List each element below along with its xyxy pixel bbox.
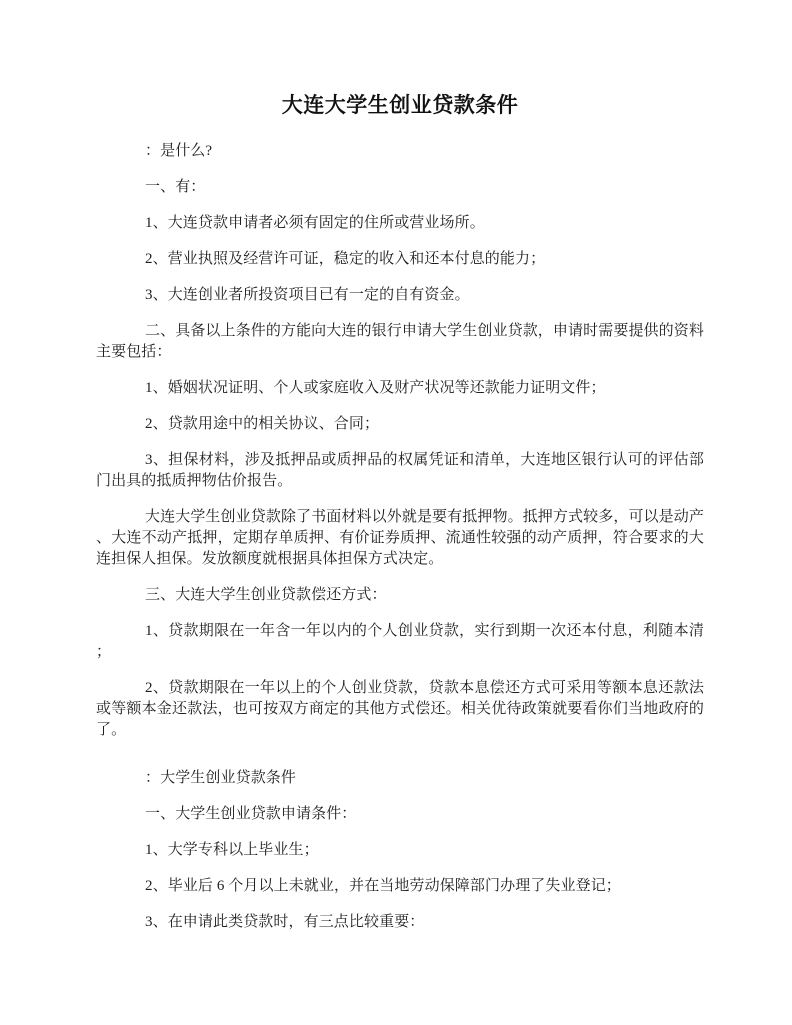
paragraph: 2、贷款用途中的相关协议、合同； — [96, 414, 704, 435]
paragraph: ：大学生创业贷款条件 — [96, 768, 704, 789]
paragraph: 1、婚姻状况证明、个人或家庭收入及财产状况等还款能力证明文件； — [96, 378, 704, 399]
paragraph: 1、贷款期限在一年含一年以内的个人创业贷款，实行到期一次还本付息，利随本清； — [96, 621, 704, 663]
paragraph: 1、大学专科以上毕业生； — [96, 840, 704, 861]
paragraph: 3、担保材料，涉及抵押品或质押品的权属凭证和清单，大连地区银行认可的评估部门出具… — [96, 450, 704, 492]
document-page: 大连大学生创业贷款条件 ：是什么? 一、有： 1、大连贷款申请者必须有固定的住所… — [0, 0, 792, 1025]
section-application-conditions: ：大学生创业贷款条件 一、大学生创业贷款申请条件： 1、大学专科以上毕业生； 2… — [96, 768, 704, 933]
section-loan-conditions: ：是什么? 一、有： 1、大连贷款申请者必须有固定的住所或营业场所。 2、营业执… — [96, 141, 704, 741]
paragraph: 3、大连创业者所投资项目已有一定的自有资金。 — [96, 285, 704, 306]
paragraph: 三、大连大学生创业贷款偿还方式： — [96, 585, 704, 606]
paragraph: 大连大学生创业贷款除了书面材料以外就是要有抵押物。抵押方式较多，可以是动产、大连… — [96, 507, 704, 570]
document-body: 大连大学生创业贷款条件 ：是什么? 一、有： 1、大连贷款申请者必须有固定的住所… — [0, 0, 792, 933]
paragraph: 一、有： — [96, 177, 704, 198]
document-title: 大连大学生创业贷款条件 — [96, 93, 704, 118]
paragraph: 二、具备以上条件的方能向大连的银行申请大学生创业贷款，申请时需要提供的资料主要包… — [96, 321, 704, 363]
paragraph: 2、毕业后 6 个月以上未就业，并在当地劳动保障部门办理了失业登记； — [96, 876, 704, 897]
section-divider-space — [96, 756, 704, 768]
paragraph: 3、在申请此类贷款时，有三点比较重要： — [96, 912, 704, 933]
paragraph: 2、营业执照及经营许可证，稳定的收入和还本付息的能力； — [96, 249, 704, 270]
paragraph: 1、大连贷款申请者必须有固定的住所或营业场所。 — [96, 213, 704, 234]
paragraph: 2、贷款期限在一年以上的个人创业贷款，贷款本息偿还方式可采用等额本息还款法或等额… — [96, 678, 704, 741]
paragraph: ：是什么? — [96, 141, 704, 162]
paragraph: 一、大学生创业贷款申请条件： — [96, 804, 704, 825]
